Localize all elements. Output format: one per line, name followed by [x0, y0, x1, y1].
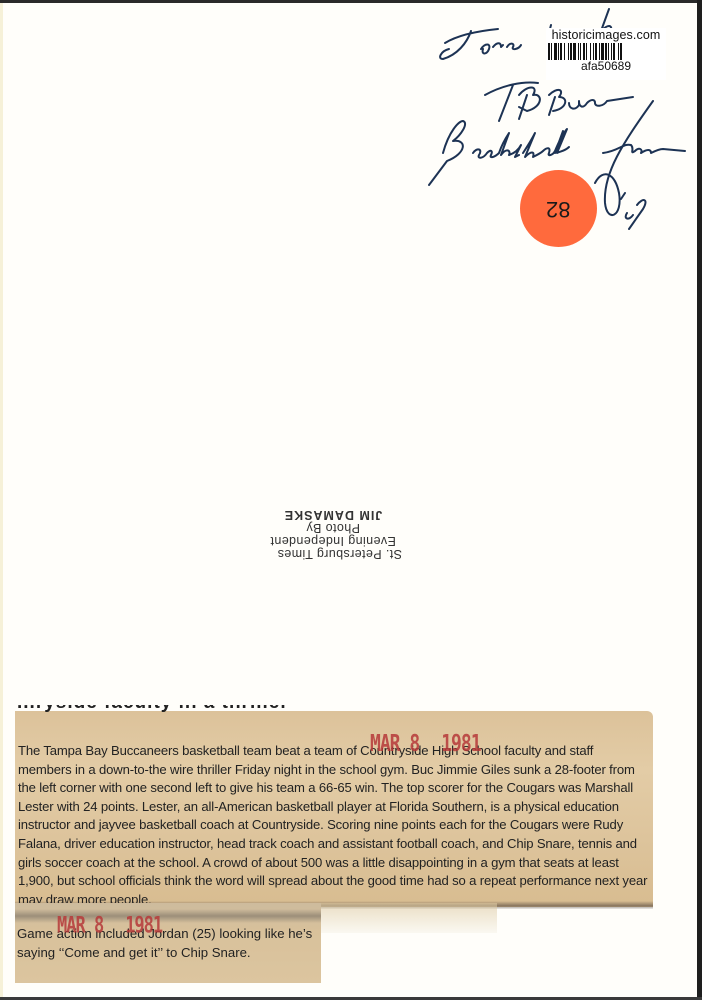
- date-stamp: MAR 81981: [57, 913, 162, 939]
- sticker-number: 82: [546, 196, 570, 222]
- orange-number-sticker: 82: [520, 170, 597, 247]
- archive-barcode-label: historicimages.com afa50689: [546, 28, 666, 80]
- stamp-line-1: St. Petersburg Times: [258, 547, 408, 560]
- stamp-line-2: Evening Independent: [258, 534, 408, 547]
- date-stamp: MAR 81981: [370, 730, 481, 757]
- article-body: The Tampa Bay Buccaneers basketball team…: [18, 742, 650, 909]
- stamp-line-3: Photo By: [258, 521, 408, 534]
- stamp-line-4: JIM DAMASKE: [258, 508, 408, 521]
- label-site: historicimages.com: [546, 28, 666, 42]
- photo-back-card: Tone 1 ih TB Buc Basketball Game '87 his…: [0, 3, 697, 997]
- scan-edge-right: [697, 0, 702, 1000]
- newspaper-clipping-article: ...ryside faculty in a thriller The Tamp…: [15, 711, 653, 907]
- tape-strip: [321, 903, 497, 933]
- barcode-icon: [548, 43, 664, 60]
- label-code: afa50689: [546, 60, 666, 73]
- headline-fragment: ...ryside faculty in a thriller: [17, 705, 289, 717]
- photo-credit-stamp: St. Petersburg Times Evening Independent…: [258, 508, 408, 560]
- newspaper-clipping-caption: Game action included Jordan (25) looking…: [15, 903, 321, 983]
